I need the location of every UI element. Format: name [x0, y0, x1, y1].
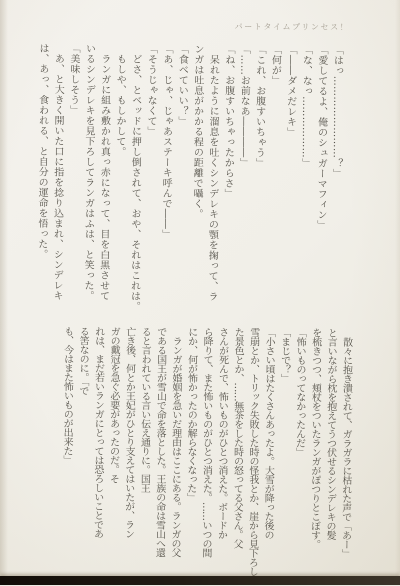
text-column: 雪崩とか、トリック失敗した時の怪我とか、崖から見下ろし [244, 327, 261, 577]
scanned-book-page: パートタイムプリンセス！ 「はっ……………………？」「愛してるよ、俺のシュガーマ… [0, 0, 400, 585]
text-column: る筈なのに。「で [73, 326, 90, 576]
text-column: た景色とか、……無茶をした時の怒ってる父さん。父 [228, 327, 245, 577]
text-column: 「はっ……………………？」 [327, 45, 344, 313]
text-column: は、あっ、食われる、と自分の運命を悟った。 [33, 43, 50, 311]
text-column: ランガが婚姻を急いだ理由はここにある。ランガの父 [166, 327, 183, 577]
text-column: 「何が」 [265, 44, 282, 312]
book-bottom-edge [0, 576, 400, 585]
text-column: ンガは吐息がかかる程の距離で囁く。 [188, 44, 205, 312]
text-column: 「あ、じゃ、じゃあステーキ呼んで――」 [157, 44, 174, 312]
text-column: ガの戴冠を急ぐ必要があったのだ。そ [104, 326, 121, 576]
text-column: 「な、なっ………………」 [296, 45, 313, 313]
text-column: を梳きつつ、頬杖をついたランガがぽつりとこぼす。 [306, 328, 323, 578]
text-column: ると言われている言い伝え通りに。国王 [135, 327, 152, 577]
text-column: ランガに組み敷かれ真っ赤になって、目を白黒させて [95, 43, 112, 311]
text-column: さんが死んで、怖いものがひとつ消えた。ボードか [213, 327, 230, 577]
text-column: 「怖いものってなかったんだ」 [290, 328, 307, 578]
text-column: もしや、もしかして。 [110, 43, 127, 311]
text-block-bottom: 散々に抱き潰されて、ガラガラに枯れた声で「あー」と言いながら枕を抱えてうつ伏せる… [58, 326, 354, 578]
page-content: パートタイムプリンセス！ 「はっ……………………？」「愛してるよ、俺のシュガーマ… [0, 0, 400, 585]
running-header-title: パートタイムプリンセス！ [235, 21, 350, 33]
text-column: 「そうじゃなくて」 [141, 44, 158, 312]
text-column: と言いながら枕を抱えてうつ伏せるシンデレキの髪 [321, 328, 338, 578]
text-column: である国王が雪山で命を落とした。王族の命は雪山へ還 [151, 327, 168, 577]
text-column: 「ね、お腹すいちゃったからさ」 [219, 44, 236, 312]
text-column: どさ、とベッドに押し倒されて、おや、それはこれは。 [126, 44, 143, 312]
text-column: も、今はまた怖いものが出来た」 [58, 326, 75, 576]
text-column: 「――ダメだレキ」 [281, 44, 298, 312]
text-column: ら降りて、また怖いものがひとつ消えた。……いつの間 [197, 327, 214, 577]
text-column: 呆れたように溜息を吐くシンデレキの顎を掬って、ラ [203, 44, 220, 312]
text-column: いるシンデレキを見下ろしてランガはふは、と笑った。 [79, 43, 96, 311]
text-column: 「食べていい？」 [172, 44, 189, 312]
text-column: 「……お前なあ――――」 [234, 44, 251, 312]
text-column: 「美味しそう」 [64, 43, 81, 311]
text-column: にか、何が怖かったのか解らなくなった」 [182, 327, 199, 577]
text-column: 散々に抱き潰されて、ガラガラに枯れた声で「あー」 [337, 328, 354, 578]
text-column: 「まじで？」 [275, 327, 292, 577]
text-column: 「愛してるよ、俺のシュガーマフィン」 [312, 45, 329, 313]
text-column: あ、と大きく開いた口に指を捻り込まれ、シンデレキ [48, 43, 65, 311]
text-column: 「小さい頃はたくさんあったよ。大雪が降った後の [259, 327, 276, 577]
text-column: 亡き後、何とか王妃がひとり支えてはいたが、ラン [120, 327, 137, 577]
text-block-top: 「はっ……………………？」「愛してるよ、俺のシュガーマフィン」「な、なっ…………… [33, 43, 345, 313]
text-column: れは、まだ若いランガにとっては恐ろしいことであ [89, 326, 106, 576]
text-column: 「これ、お腹すいちゃう」 [250, 44, 267, 312]
